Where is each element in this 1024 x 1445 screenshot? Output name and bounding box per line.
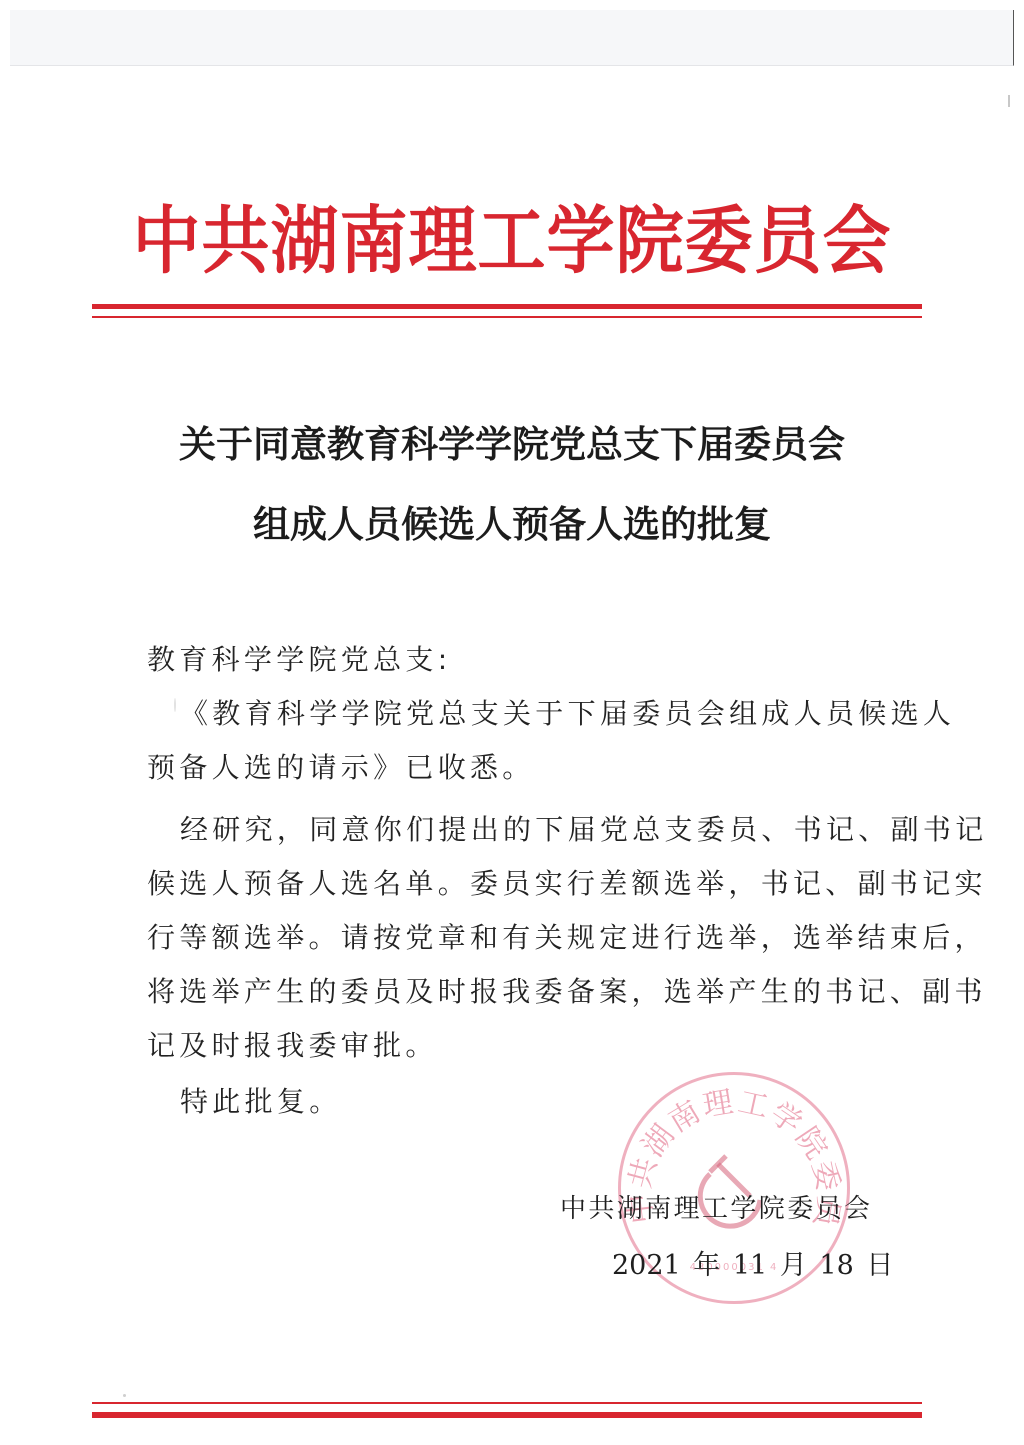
- letterhead-rule-thin: [92, 316, 922, 318]
- scan-border-artifact: [10, 10, 1014, 66]
- footer-rule-thick: [92, 1412, 922, 1418]
- paragraph-line: 记及时报我委审批。: [147, 1019, 859, 1073]
- paragraph-line: 候选人预备人选名单。委员实行差额选举，书记、副书记实: [147, 857, 859, 911]
- footer-rule-thin: [92, 1402, 922, 1404]
- signature-date: 2021 年 11 月 18 日: [612, 1243, 893, 1282]
- paragraph-approval-details: 经研究，同意你们提出的下届党总支委员、书记、副书记 候选人预备人选名单。委员实行…: [147, 803, 859, 1073]
- letterhead-org-name: 中共湖南理工学院委员会: [0, 192, 1024, 289]
- document-title-line-1: 关于同意教育科学学院党总支下届委员会: [0, 414, 1024, 468]
- document-title-line-2: 组成人员候选人预备人选的批复: [0, 494, 1024, 548]
- paragraph-line: 《教育科学学院党总支关于下届委员会组成人员候选人: [147, 687, 859, 741]
- addressee: 教育科学学院党总支:: [147, 633, 859, 687]
- paragraph-line: 将选举产生的委员及时报我委备案，选举产生的书记、副书: [147, 965, 859, 1019]
- paragraph-line: 预备人选的请示》已收悉。: [147, 741, 859, 795]
- paragraph-line: 经研究，同意你们提出的下届党总支委员、书记、副书记: [147, 803, 859, 857]
- scan-speck: [123, 1394, 126, 1397]
- scan-speck: [174, 698, 176, 712]
- paragraph-request-received: 《教育科学学院党总支关于下届委员会组成人员候选人 预备人选的请示》已收悉。: [147, 687, 859, 795]
- signature-organization: 中共湖南理工学院委员会: [560, 1188, 872, 1225]
- letterhead-rule-thick: [92, 304, 922, 309]
- paragraph-line: 行等额选举。请按党章和有关规定进行选举，选举结束后，: [147, 911, 859, 965]
- scan-mark: [1008, 95, 1010, 107]
